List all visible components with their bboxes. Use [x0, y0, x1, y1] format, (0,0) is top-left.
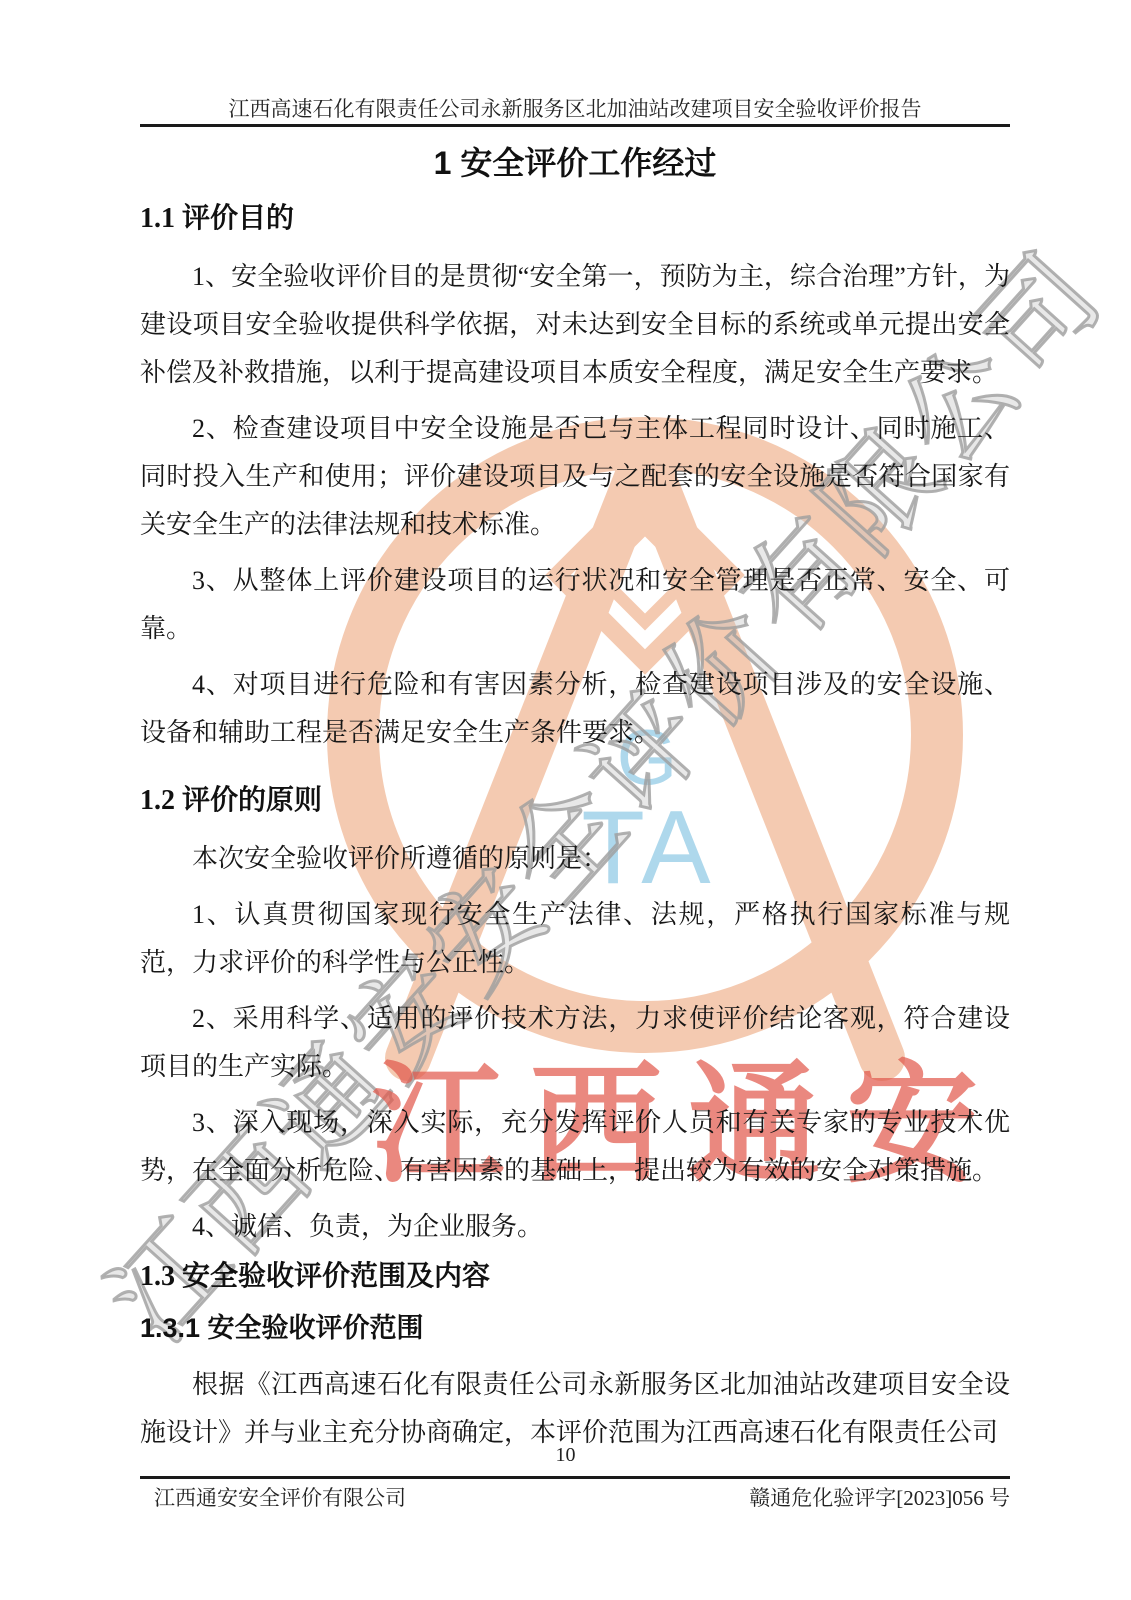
chapter-title: 1 安全评价工作经过 — [140, 143, 1010, 183]
section-1-3-1-heading: 1.3.1 安全验收评价范围 — [140, 1311, 1010, 1345]
paragraph: 2、采用科学、适用的评价技术方法，力求使评价结论客观，符合建设项目的生产实际。 — [140, 995, 1010, 1091]
paragraph: 3、深入现场，深入实际，充分发挥评价人员和有关专家的专业技术优势，在全面分析危险… — [140, 1099, 1010, 1195]
page-footer: 江西通安安全评价有限公司 赣通危化验评字[2023]056 号 — [140, 1484, 1010, 1512]
paragraph: 4、诚信、负责，为企业服务。 — [140, 1203, 1010, 1251]
paragraph: 本次安全验收评价所遵循的原则是： — [140, 835, 1010, 883]
header-rule — [140, 124, 1010, 127]
section-1-3-heading: 1.3 安全验收评价范围及内容 — [140, 1259, 1010, 1295]
paragraph: 3、从整体上评价建设项目的运行状况和安全管理是否正常、安全、可靠。 — [140, 557, 1010, 653]
paragraph: 4、对项目进行危险和有害因素分析，检查建设项目涉及的安全设施、设备和辅助工程是否… — [140, 661, 1010, 757]
footer-doc-number: 赣通危化验评字[2023]056 号 — [749, 1484, 1010, 1512]
section-1-2-heading: 1.2 评价的原则 — [140, 783, 1010, 819]
page: { "header": { "running_title": "江西高速石化有限… — [0, 0, 1131, 1600]
footer-rule — [140, 1476, 1010, 1479]
running-header-title: 江西高速石化有限责任公司永新服务区北加油站改建项目安全验收评价报告 — [140, 95, 1010, 123]
paragraph: 2、检查建设项目中安全设施是否已与主体工程同时设计、同时施工、同时投入生产和使用… — [140, 405, 1010, 549]
page-number: 10 — [0, 1443, 1131, 1467]
paragraph: 1、认真贯彻国家现行安全生产法律、法规，严格执行国家标准与规范，力求评价的科学性… — [140, 891, 1010, 987]
paragraph: 1、安全验收评价目的是贯彻“安全第一，预防为主，综合治理”方针，为建设项目安全验… — [140, 253, 1010, 397]
footer-company: 江西通安安全评价有限公司 — [140, 1484, 406, 1512]
section-1-1-heading: 1.1 评价目的 — [140, 201, 1010, 237]
document-page: 江西高速石化有限责任公司永新服务区北加油站改建项目安全验收评价报告 1 安全评价… — [140, 95, 1010, 1465]
